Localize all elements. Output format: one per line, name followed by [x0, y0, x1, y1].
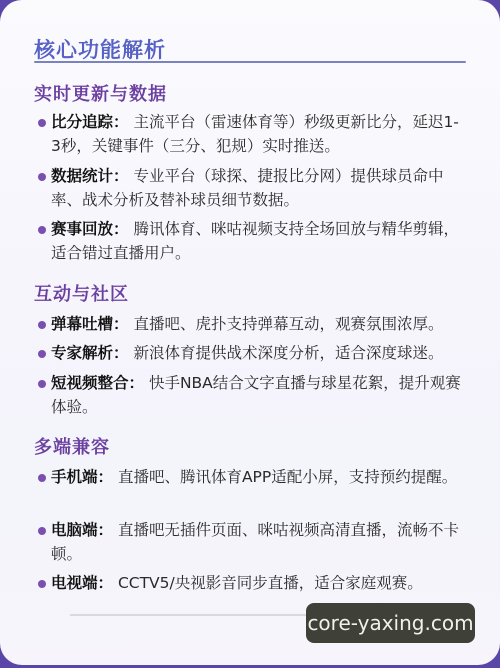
- bottom-divider: [70, 614, 310, 616]
- bullet-icon: [38, 173, 46, 181]
- section-heading-community: 互动与社区: [34, 280, 129, 306]
- item-label: 手机端：: [51, 468, 113, 486]
- item-description: CCTV5/央视影音同步直播，适合家庭观赛。: [113, 574, 423, 592]
- bullet-icon: [38, 380, 46, 388]
- item-description: 新浪体育提供战术深度分析，适合深度球迷。: [129, 344, 444, 362]
- item-description: 直播吧、虎扑支持弹幕互动，观赛氛围浓厚。: [129, 315, 444, 333]
- list-item-mobile: 手机端： 直播吧、腾讯体育APP适配小屏，支持预约提醒。: [38, 465, 468, 489]
- list-item-desktop: 电脑端： 直播吧无插件页面、咪咕视频高清直播，流畅不卡顿。: [38, 518, 468, 566]
- item-label: 赛事回放：: [51, 220, 129, 238]
- list-item-tv: 电视端： CCTV5/央视影音同步直播，适合家庭观赛。: [38, 571, 468, 595]
- bullet-icon: [38, 580, 46, 588]
- bullet-icon: [38, 119, 46, 127]
- item-label: 比分追踪：: [51, 113, 129, 131]
- item-description: 直播吧无插件页面、咪咕视频高清直播，流畅不卡顿。: [51, 521, 459, 563]
- item-label: 电脑端：: [51, 521, 113, 539]
- bullet-icon: [38, 321, 46, 329]
- section-heading-multi-device: 多端兼容: [34, 433, 110, 459]
- title-divider: [34, 61, 466, 63]
- list-item-short-video: 短视频整合： 快手NBA结合文字直播与球星花絮，提升观赛体验。: [38, 371, 468, 419]
- item-label: 专家解析：: [51, 344, 129, 362]
- list-item-data-stats: 数据统计： 专业平台（球探、捷报比分网）提供球员命中率、战术分析及替补球员细节数…: [38, 164, 468, 212]
- item-label: 短视频整合：: [51, 374, 144, 392]
- item-label: 弹幕吐槽：: [51, 315, 129, 333]
- content-card: 核心功能解析 实时更新与数据 比分追踪： 主流平台（雷速体育等）秒级更新比分，延…: [0, 0, 500, 665]
- item-label: 数据统计：: [51, 167, 129, 185]
- item-description: 直播吧、腾讯体育APP适配小屏，支持预约提醒。: [113, 468, 457, 486]
- list-item-expert-analysis: 专家解析： 新浪体育提供战术深度分析，适合深度球迷。: [38, 341, 468, 365]
- bullet-icon: [38, 350, 46, 358]
- bullet-icon: [38, 226, 46, 234]
- bullet-icon: [38, 474, 46, 482]
- watermark-badge: core-yaxing.com: [306, 603, 475, 643]
- section-heading-realtime: 实时更新与数据: [34, 80, 167, 106]
- list-item-danmaku: 弹幕吐槽： 直播吧、虎扑支持弹幕互动，观赛氛围浓厚。: [38, 312, 468, 336]
- bullet-icon: [38, 527, 46, 535]
- page-title: 核心功能解析: [34, 34, 166, 64]
- list-item-score-tracking: 比分追踪： 主流平台（雷速体育等）秒级更新比分，延迟1-3秒，关键事件（三分、犯…: [38, 110, 468, 158]
- item-label: 电视端：: [51, 574, 113, 592]
- list-item-replay: 赛事回放： 腾讯体育、咪咕视频支持全场回放与精华剪辑，适合错过直播用户。: [38, 217, 468, 265]
